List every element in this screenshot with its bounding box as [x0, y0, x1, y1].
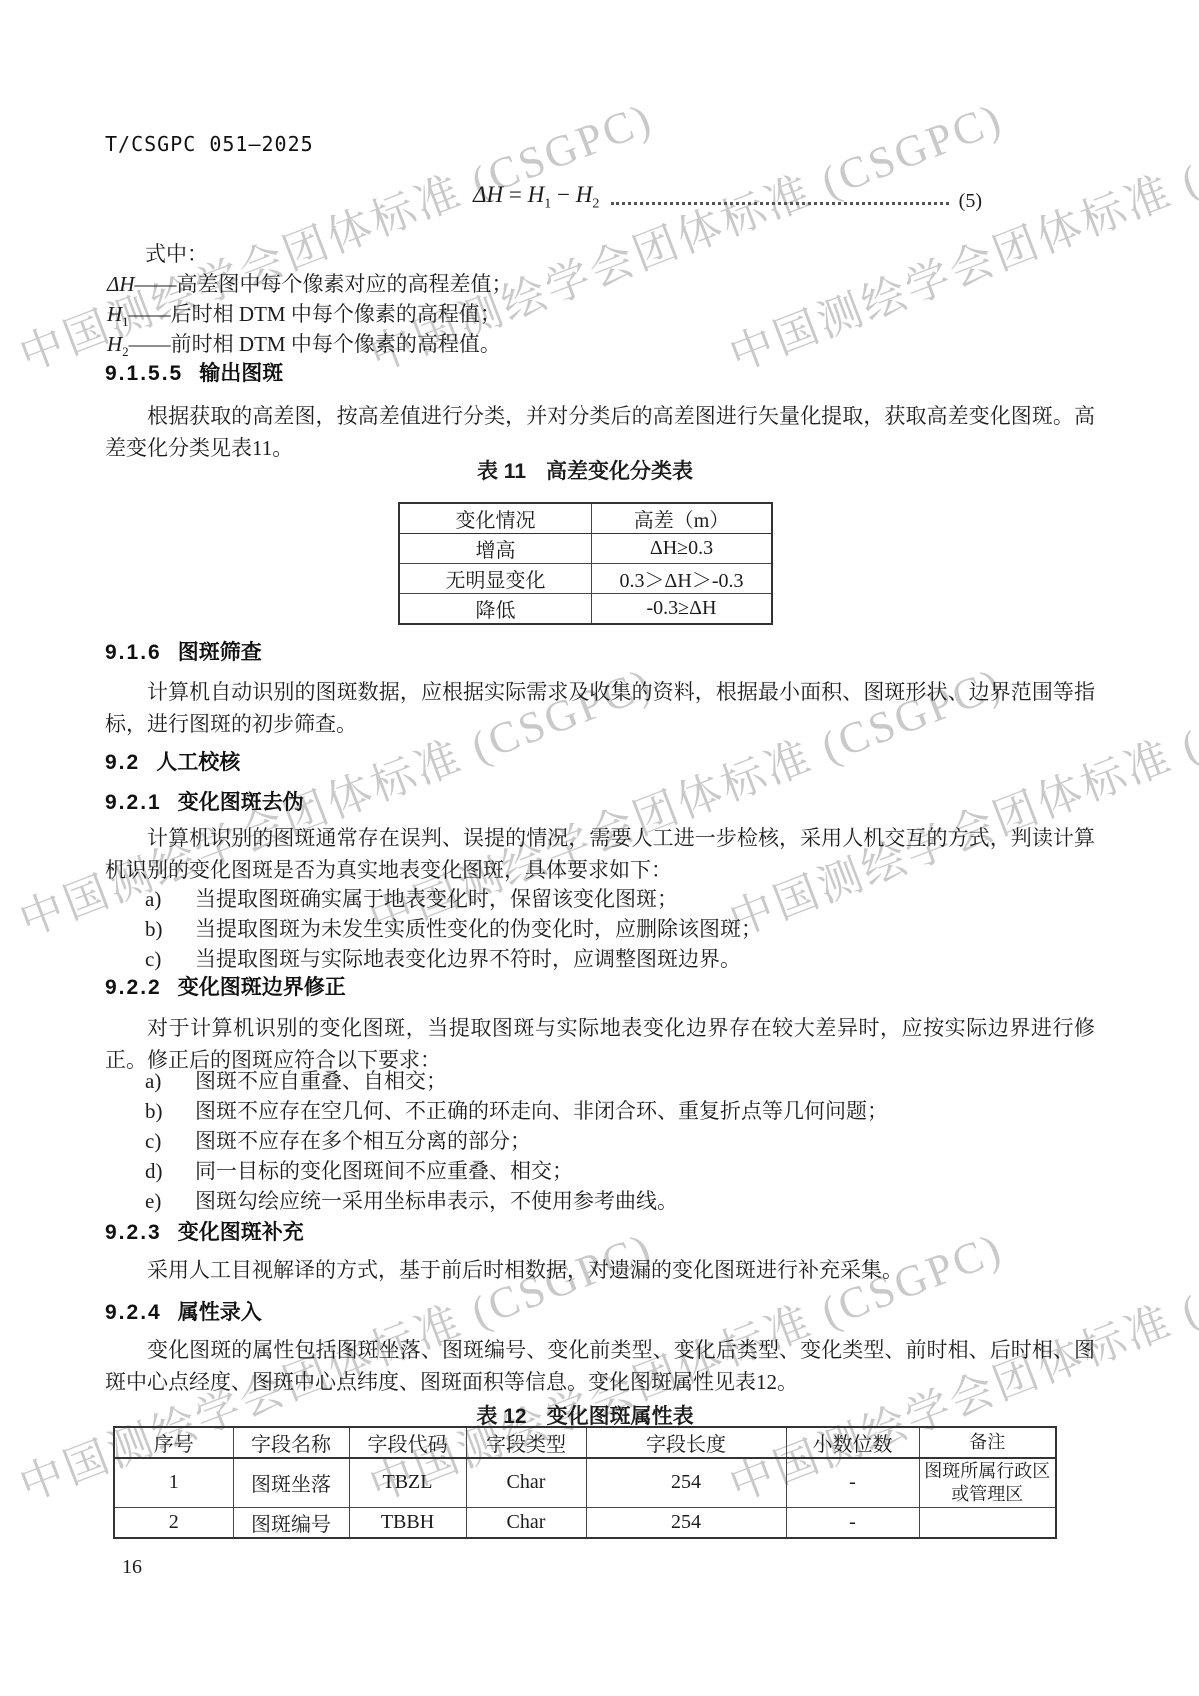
standard-number-header: T/CSGPC 051—2025 — [105, 132, 314, 156]
table-caption: 变化图斑属性表 — [547, 1405, 694, 1428]
list-item: a)当提取图斑确实属于地表变化时，保留该变化图斑； — [105, 884, 1095, 914]
table-cell: -0.3≥ΔH — [592, 594, 773, 625]
table-row: 序号 字段名称 字段代码 字段类型 字段长度 小数位数 备注 — [114, 1427, 1056, 1458]
table-cell: TBZL — [349, 1458, 466, 1507]
section-number: 9.2.3 — [105, 1221, 162, 1244]
table-cell: Char — [466, 1507, 586, 1538]
item-text: 图斑不应存在多个相互分离的部分； — [195, 1129, 531, 1153]
formula-number: (5) — [959, 190, 982, 213]
definition-text: ——高差图中每个像素对应的高程差值； — [135, 272, 513, 296]
table-row: 1 图斑坐落 TBZL Char 254 - 图斑所属行政区或管理区 — [114, 1458, 1056, 1507]
column-header: 高差（m） — [592, 503, 773, 534]
page-number: 16 — [122, 1556, 142, 1579]
item-text: 当提取图斑与实际地表变化边界不符时，应调整图斑边界。 — [195, 947, 741, 971]
table-label: 表 12 — [476, 1405, 526, 1428]
column-header: 字段类型 — [466, 1427, 586, 1458]
formula-equals: = — [503, 182, 527, 207]
section-title: 变化图斑去伪 — [178, 791, 304, 814]
section-heading-9.2.1: 9.2.1变化图斑去伪 — [105, 786, 304, 816]
table-cell: 无明显变化 — [399, 564, 592, 594]
section-title: 变化图斑补充 — [178, 1221, 304, 1244]
list-9.2.2: a)图斑不应自重叠、自相交； b)图斑不应存在空几何、不正确的环走向、非闭合环、… — [105, 1066, 1095, 1216]
table-caption: 高差变化分类表 — [546, 460, 693, 483]
section-number: 9.1.5.5 — [105, 362, 183, 385]
table-cell: 降低 — [399, 594, 592, 625]
table-cell: 图斑编号 — [233, 1507, 349, 1538]
table-row: 增高 ΔH≥0.3 — [399, 534, 772, 564]
section-title: 输出图斑 — [199, 362, 283, 385]
section-heading-9.1.6: 9.1.6图斑筛查 — [105, 636, 262, 666]
formula-delta-h: ΔH — [473, 182, 503, 207]
paragraph: 计算机识别的图斑通常存在误判、误提的情况，需要人工进一步检核，采用人机交互的方式… — [105, 822, 1095, 886]
formula-h2-sub: 2 — [592, 197, 599, 212]
table11-title: 表 11高差变化分类表 — [105, 455, 1065, 485]
column-header: 备注 — [919, 1427, 1056, 1458]
item-text: 同一目标的变化图斑间不应重叠、相交； — [195, 1159, 573, 1183]
definition-text: ——前时相 DTM 中每个像素的高程值。 — [129, 332, 501, 356]
column-header: 变化情况 — [399, 503, 592, 534]
column-header: 字段长度 — [586, 1427, 786, 1458]
formula-expression: ΔH = H1 − H2 — [473, 182, 599, 213]
table-cell: 图斑所属行政区或管理区 — [919, 1458, 1056, 1507]
list-item: c)图斑不应存在多个相互分离的部分； — [105, 1126, 1095, 1156]
table-cell: 图斑坐落 — [233, 1458, 349, 1507]
formula-where-label: 式中： — [145, 238, 208, 268]
table-cell: 1 — [114, 1458, 233, 1507]
table-12: 序号 字段名称 字段代码 字段类型 字段长度 小数位数 备注 1 图斑坐落 TB… — [113, 1426, 1055, 1539]
table-row: 降低 -0.3≥ΔH — [399, 594, 772, 625]
section-heading-9.2.2: 9.2.2变化图斑边界修正 — [105, 971, 346, 1001]
section-heading-9.2: 9.2人工校核 — [105, 746, 240, 776]
table-cell: 0.3＞ΔH＞-0.3 — [592, 564, 773, 594]
item-label: b) — [145, 1096, 195, 1126]
section-number: 9.1.6 — [105, 641, 162, 664]
section-title: 属性录入 — [178, 1301, 262, 1324]
table-cell: 增高 — [399, 534, 592, 564]
table-row: 无明显变化 0.3＞ΔH＞-0.3 — [399, 564, 772, 594]
formula-definition: ΔH——高差图中每个像素对应的高程差值； — [107, 268, 513, 300]
item-text: 图斑不应自重叠、自相交； — [195, 1069, 447, 1093]
formula-h2: H — [576, 182, 593, 207]
item-label: e) — [145, 1186, 195, 1216]
item-text: 当提取图斑为未发生实质性变化的伪变化时，应删除该图斑； — [195, 917, 762, 941]
table-cell: 2 — [114, 1507, 233, 1538]
formula-definition: H1——后时相 DTM 中每个像素的高程值； — [107, 298, 501, 330]
table-label: 表 11 — [477, 460, 526, 483]
section-number: 9.2.1 — [105, 791, 162, 814]
item-label: c) — [145, 1126, 195, 1156]
section-title: 图斑筛查 — [178, 641, 262, 664]
definition-text: ——后时相 DTM 中每个像素的高程值； — [129, 302, 501, 326]
table-cell: TBBH — [349, 1507, 466, 1538]
section-number: 9.2 — [105, 751, 140, 774]
section-number: 9.2.2 — [105, 976, 162, 999]
item-label: a) — [145, 884, 195, 914]
list-item: c)当提取图斑与实际地表变化边界不符时，应调整图斑边界。 — [105, 944, 1095, 974]
column-header: 字段代码 — [349, 1427, 466, 1458]
paragraph: 变化图斑的属性包括图斑坐落、图斑编号、变化前类型、变化后类型、变化类型、前时相、… — [105, 1334, 1095, 1398]
column-header: 小数位数 — [786, 1427, 919, 1458]
list-item: a)图斑不应自重叠、自相交； — [105, 1066, 1095, 1096]
formula-minus: − — [551, 182, 575, 207]
table-cell: Char — [466, 1458, 586, 1507]
table-cell: 254 — [586, 1507, 786, 1538]
list-item: e)图斑勾绘应统一采用坐标串表示，不使用参考曲线。 — [105, 1186, 1095, 1216]
table-row: 2 图斑编号 TBBH Char 254 - — [114, 1507, 1056, 1538]
item-text: 当提取图斑确实属于地表变化时，保留该变化图斑； — [195, 887, 678, 911]
item-label: a) — [145, 1066, 195, 1096]
list-item: b)图斑不应存在空几何、不正确的环走向、非闭合环、重复折点等几何问题； — [105, 1096, 1095, 1126]
section-number: 9.2.4 — [105, 1301, 162, 1324]
formula-definition: H2——前时相 DTM 中每个像素的高程值。 — [107, 328, 501, 360]
table-cell: 254 — [586, 1458, 786, 1507]
symbol: H — [107, 302, 122, 326]
item-label: c) — [145, 944, 195, 974]
dotted-leader — [611, 201, 948, 205]
paragraph: 采用人工目视解译的方式，基于前后时相数据，对遗漏的变化图斑进行补充采集。 — [105, 1254, 1095, 1286]
formula-row: ΔH = H1 − H2 (5) — [105, 182, 982, 213]
symbol: ΔH — [107, 272, 135, 296]
column-header: 字段名称 — [233, 1427, 349, 1458]
item-label: d) — [145, 1156, 195, 1186]
table-cell: - — [786, 1458, 919, 1507]
table-cell: - — [786, 1507, 919, 1538]
section-heading-9.2.3: 9.2.3变化图斑补充 — [105, 1216, 304, 1246]
section-heading-9.1.5.5: 9.1.5.5输出图斑 — [105, 357, 283, 387]
paragraph: 计算机自动识别的图斑数据，应根据实际需求及收集的资料，根据最小面积、图斑形状、边… — [105, 676, 1095, 740]
table-cell — [919, 1507, 1056, 1538]
section-title: 变化图斑边界修正 — [178, 976, 346, 999]
document-page: 中国测绘学会团体标准 (CSGPC) 中国测绘学会团体标准 (CSGPC) 中国… — [0, 0, 1199, 1696]
item-text: 图斑不应存在空几何、不正确的环走向、非闭合环、重复折点等几何问题； — [195, 1099, 888, 1123]
table-row: 变化情况 高差（m） — [399, 503, 772, 534]
section-heading-9.2.4: 9.2.4属性录入 — [105, 1296, 262, 1326]
column-header: 序号 — [114, 1427, 233, 1458]
item-label: b) — [145, 914, 195, 944]
list-item: d)同一目标的变化图斑间不应重叠、相交； — [105, 1156, 1095, 1186]
item-text: 图斑勾绘应统一采用坐标串表示，不使用参考曲线。 — [195, 1189, 678, 1213]
formula-h1: H — [528, 182, 545, 207]
list-item: b)当提取图斑为未发生实质性变化的伪变化时，应删除该图斑； — [105, 914, 1095, 944]
section-title: 人工校核 — [156, 751, 240, 774]
table-cell: ΔH≥0.3 — [592, 534, 773, 564]
list-9.2.1: a)当提取图斑确实属于地表变化时，保留该变化图斑； b)当提取图斑为未发生实质性… — [105, 884, 1095, 974]
table-11: 变化情况 高差（m） 增高 ΔH≥0.3 无明显变化 0.3＞ΔH＞-0.3 降… — [398, 502, 773, 625]
symbol: H — [107, 332, 122, 356]
